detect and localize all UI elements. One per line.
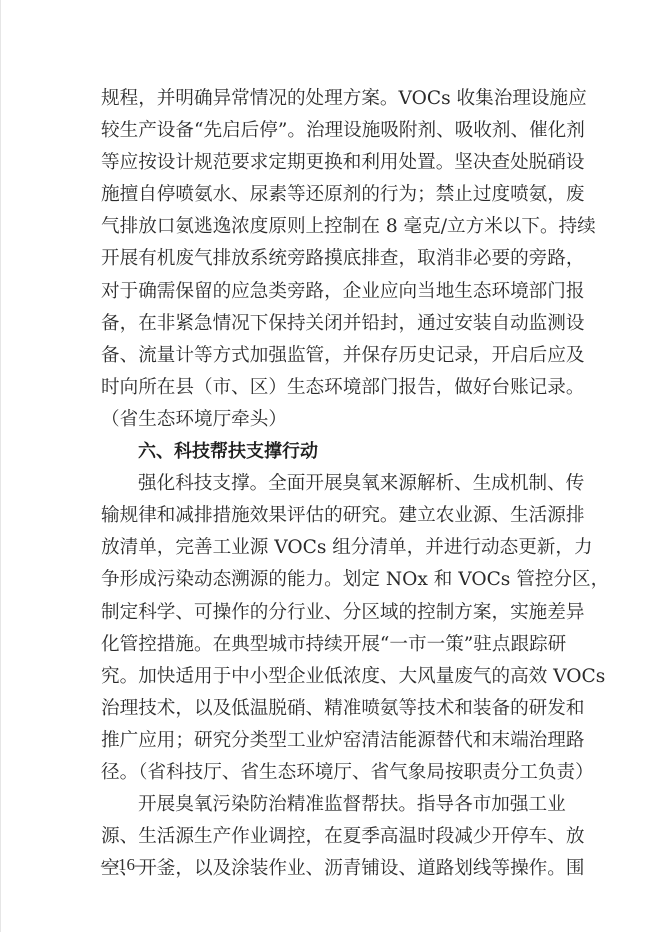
- text-line: 等应按设计规范要求定期更换和利用处置。坚决查处脱硝设: [101, 147, 563, 179]
- text-line: 气排放口氨逃逸浓度原则上控制在 8 毫克/立方米以下。持续: [101, 211, 563, 243]
- section-heading: 六、科技帮扶支撑行动: [101, 436, 563, 468]
- text-line-responsible-dept: （省生态环境厅牵头）: [101, 404, 563, 436]
- text-line: 开展有机废气排放系统旁路摸底排查，取消非必要的旁路，: [101, 243, 563, 275]
- text-line: 对于确需保留的应急类旁路，企业应向当地生态环境部门报: [101, 276, 563, 308]
- text-line: 源、生活源生产作业调控，在夏季高温时段减少开停车、放: [101, 821, 563, 853]
- document-body: 规程，并明确异常情况的处理方案。VOCs 收集治理设施应 较生产设备“先启后停”…: [101, 83, 563, 885]
- text-line: 时向所在县（市、区）生态环境部门报告，做好台账记录。: [101, 372, 563, 404]
- document-page: 规程，并明确异常情况的处理方案。VOCs 收集治理设施应 较生产设备“先启后停”…: [0, 0, 660, 932]
- page-number: —16—: [101, 855, 152, 875]
- text-line: 施擅自停喷氨水、尿素等还原剂的行为；禁止过度喷氨，废: [101, 179, 563, 211]
- text-line: 治理技术，以及低温脱硝、精准喷氨等技术和装备的研发和: [101, 693, 563, 725]
- text-line: 备、流量计等方式加强监管，并保存历史记录，开启后应及: [101, 340, 563, 372]
- text-line: 推广应用；研究分类型工业炉窑清洁能源替代和末端治理路: [101, 725, 563, 757]
- text-line: 较生产设备“先启后停”。治理设施吸附剂、吸收剂、催化剂: [101, 115, 563, 147]
- text-line: 制定科学、可操作的分行业、分区域的控制方案，实施差异: [101, 597, 563, 629]
- text-line: 备，在非紧急情况下保持关闭并铅封，通过安装自动监测设: [101, 308, 563, 340]
- text-line: 强化科技支撑。全面开展臭氧来源解析、生成机制、传: [101, 468, 563, 500]
- text-line: 径。（省科技厅、省生态环境厅、省气象局按职责分工负责）: [101, 757, 563, 789]
- text-line: 究。加快适用于中小型企业低浓度、大风量废气的高效 VOCs: [101, 661, 563, 693]
- text-line: 争形成污染动态溯源的能力。划定 NOx 和 VOCs 管控分区，: [101, 564, 563, 596]
- text-line: 开展臭氧污染防治精准监督帮扶。指导各市加强工业: [101, 789, 563, 821]
- text-line: 输规律和减排措施效果评估的研究。建立农业源、生活源排: [101, 500, 563, 532]
- text-line: 放清单，完善工业源 VOCs 组分清单，并进行动态更新，力: [101, 532, 563, 564]
- text-line: 规程，并明确异常情况的处理方案。VOCs 收集治理设施应: [101, 83, 563, 115]
- text-line: 空、开釜，以及涂装作业、沥青铺设、道路划线等操作。围: [101, 853, 563, 885]
- text-line: 化管控措施。在典型城市持续开展“一市一策”驻点跟踪研: [101, 629, 563, 661]
